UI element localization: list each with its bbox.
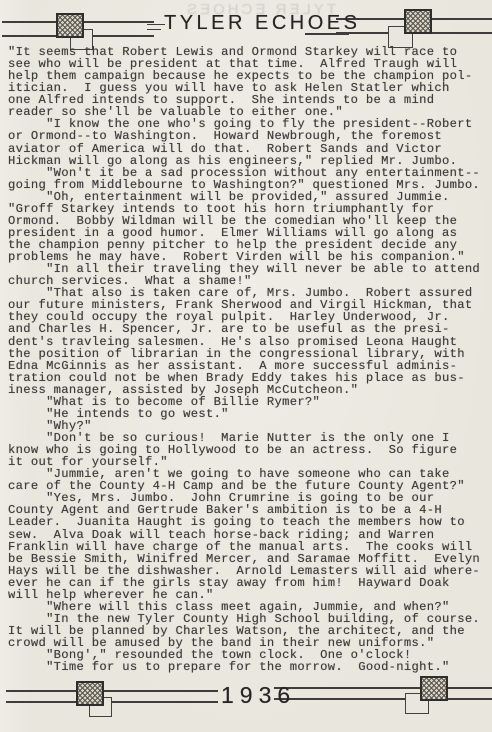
footer-year: 1936 xyxy=(221,682,296,709)
hatched-square-icon xyxy=(420,676,448,701)
page-title: TYLER ECHOES xyxy=(164,12,360,35)
footer-rule-right-top xyxy=(274,687,492,689)
footer-rule-left-bottom xyxy=(6,701,218,703)
footer-rule-right-bottom xyxy=(274,698,492,700)
header-title-dash-top xyxy=(147,24,165,25)
page-footer: 1936 xyxy=(0,672,492,732)
hatched-square-icon xyxy=(76,681,104,706)
body-text: "It seems that Robert Lewis and Ormond S… xyxy=(8,46,490,673)
scanned-page: TYLER ECHOES TYLER ECHOES "It seems that… xyxy=(0,0,492,732)
hatched-square-icon xyxy=(56,13,84,38)
footer-rule-left-top xyxy=(6,690,218,692)
page-header: TYLER ECHOES TYLER ECHOES xyxy=(0,0,492,46)
hatched-square-icon xyxy=(404,9,432,34)
header-title-dash-bottom xyxy=(147,29,161,30)
